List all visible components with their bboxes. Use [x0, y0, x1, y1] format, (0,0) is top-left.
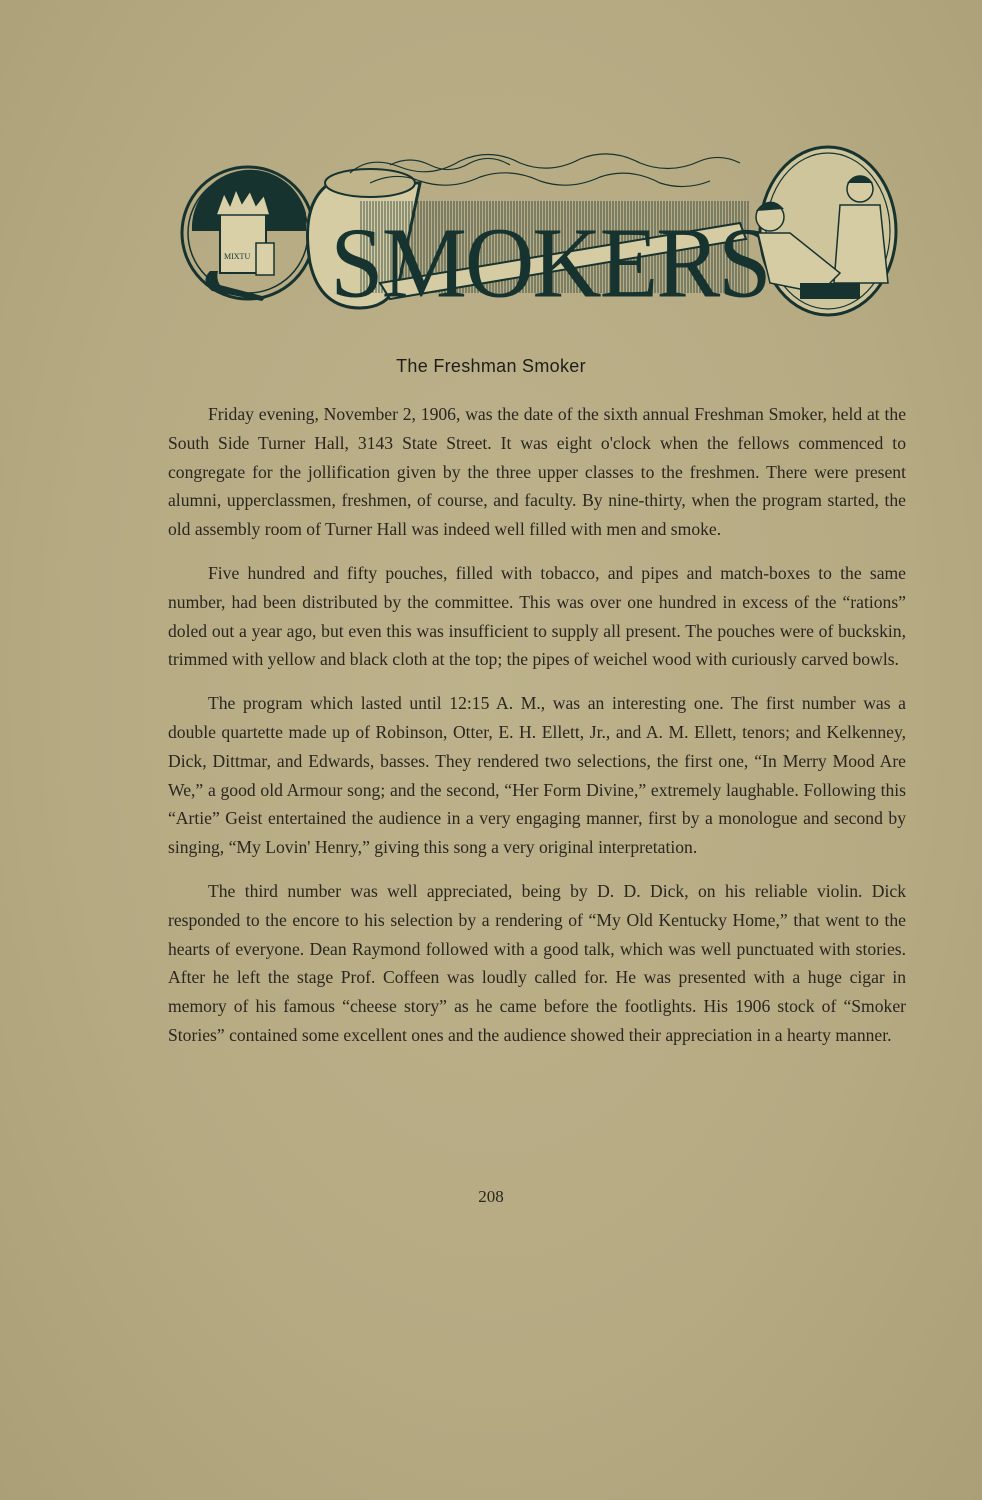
- paragraph: The program which lasted until 12:15 A. …: [168, 689, 906, 862]
- article-title: The Freshman Smoker: [0, 356, 982, 377]
- banner-title: SMOKERS: [330, 207, 769, 319]
- smokers-banner-illustration: MIXTU SMOKERS: [180, 143, 900, 321]
- paragraph: Friday evening, November 2, 1906, was th…: [168, 400, 906, 544]
- article-body: Friday evening, November 2, 1906, was th…: [168, 400, 906, 1065]
- smoking-men-vignette-icon: [756, 147, 896, 315]
- tobacco-jar-vignette-icon: MIXTU: [182, 167, 314, 301]
- page-number: 208: [0, 1187, 982, 1207]
- svg-text:MIXTU: MIXTU: [224, 252, 250, 261]
- paragraph: The third number was well appreciated, b…: [168, 877, 906, 1050]
- book-page: MIXTU SMOKERS: [0, 0, 982, 1500]
- paragraph: Five hundred and fifty pouches, filled w…: [168, 559, 906, 674]
